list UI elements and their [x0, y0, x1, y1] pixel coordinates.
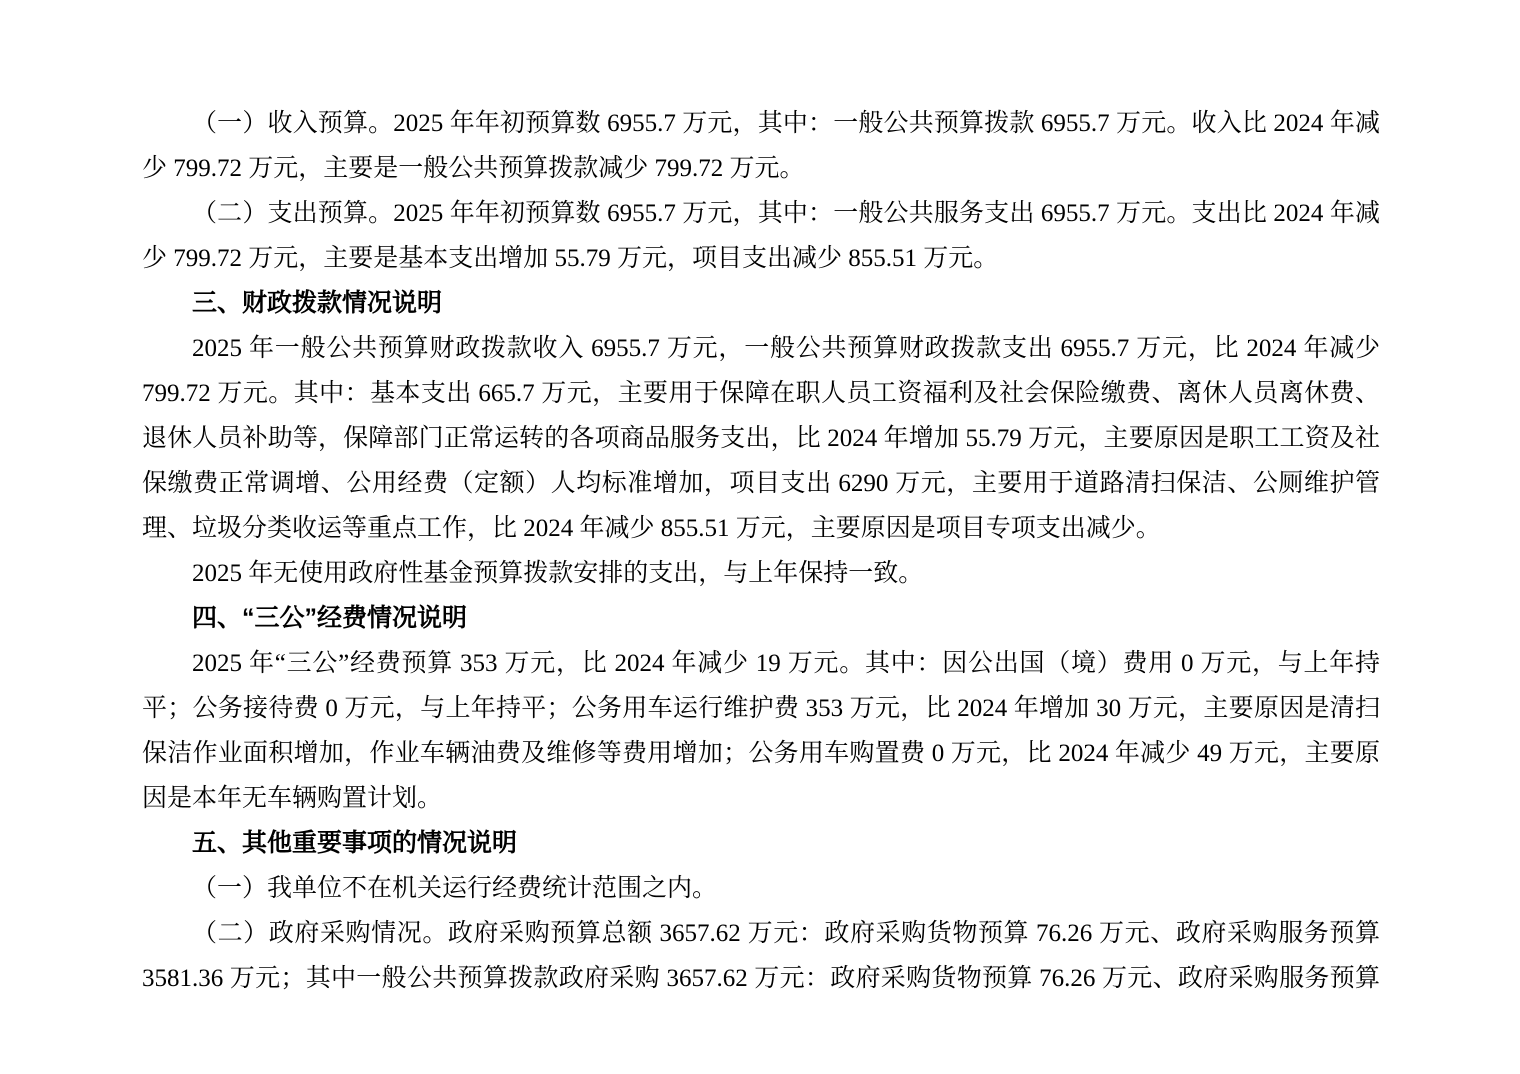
para-fiscal-appropriation-detail: 2025 年一般公共预算财政拨款收入 6955.7 万元，一般公共预算财政拨款支…	[142, 326, 1380, 551]
heading-other-important-matters: 五、其他重要事项的情况说明	[142, 821, 1380, 866]
para-operating-expenses-scope: （一）我单位不在机关运行经费统计范围之内。	[142, 866, 1380, 911]
heading-three-public-expenses: 四、“三公”经费情况说明	[142, 596, 1380, 641]
para-three-public-expenses-detail: 2025 年“三公”经费预算 353 万元，比 2024 年减少 19 万元。其…	[142, 641, 1380, 821]
para-government-fund-budget: 2025 年无使用政府性基金预算拨款安排的支出，与上年保持一致。	[142, 551, 1380, 596]
para-income-budget: （一）收入预算。2025 年年初预算数 6955.7 万元，其中：一般公共预算拨…	[142, 101, 1380, 191]
document-page: （一）收入预算。2025 年年初预算数 6955.7 万元，其中：一般公共预算拨…	[0, 0, 1520, 1074]
para-government-procurement: （二）政府采购情况。政府采购预算总额 3657.62 万元：政府采购货物预算 7…	[142, 911, 1380, 1001]
heading-fiscal-appropriation: 三、财政拨款情况说明	[142, 281, 1380, 326]
document-content: （一）收入预算。2025 年年初预算数 6955.7 万元，其中：一般公共预算拨…	[142, 101, 1380, 1001]
para-expenditure-budget: （二）支出预算。2025 年年初预算数 6955.7 万元，其中：一般公共服务支…	[142, 191, 1380, 281]
